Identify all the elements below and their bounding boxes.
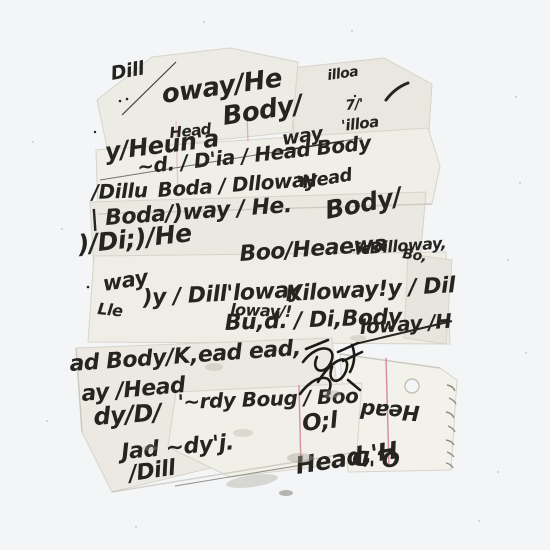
handwriting-line-upside-down: Head: [359, 398, 421, 425]
handwriting-line: Bo,: [401, 246, 427, 265]
handwriting-line: 7/': [345, 96, 364, 114]
collage-image: Dill oway/He illoa Body/ 7/' Head way 'i…: [0, 0, 550, 550]
punch-hole: [405, 379, 419, 393]
handwriting-line: dy/D/: [92, 398, 164, 431]
handwriting-line: O;l: [301, 407, 340, 437]
handwriting-line: /Dillu: [89, 178, 148, 204]
handwriting-line: Lle: [97, 299, 125, 321]
album-cover-photo: Dill oway/He illoa Body/ 7/' Head way 'i…: [0, 0, 550, 550]
